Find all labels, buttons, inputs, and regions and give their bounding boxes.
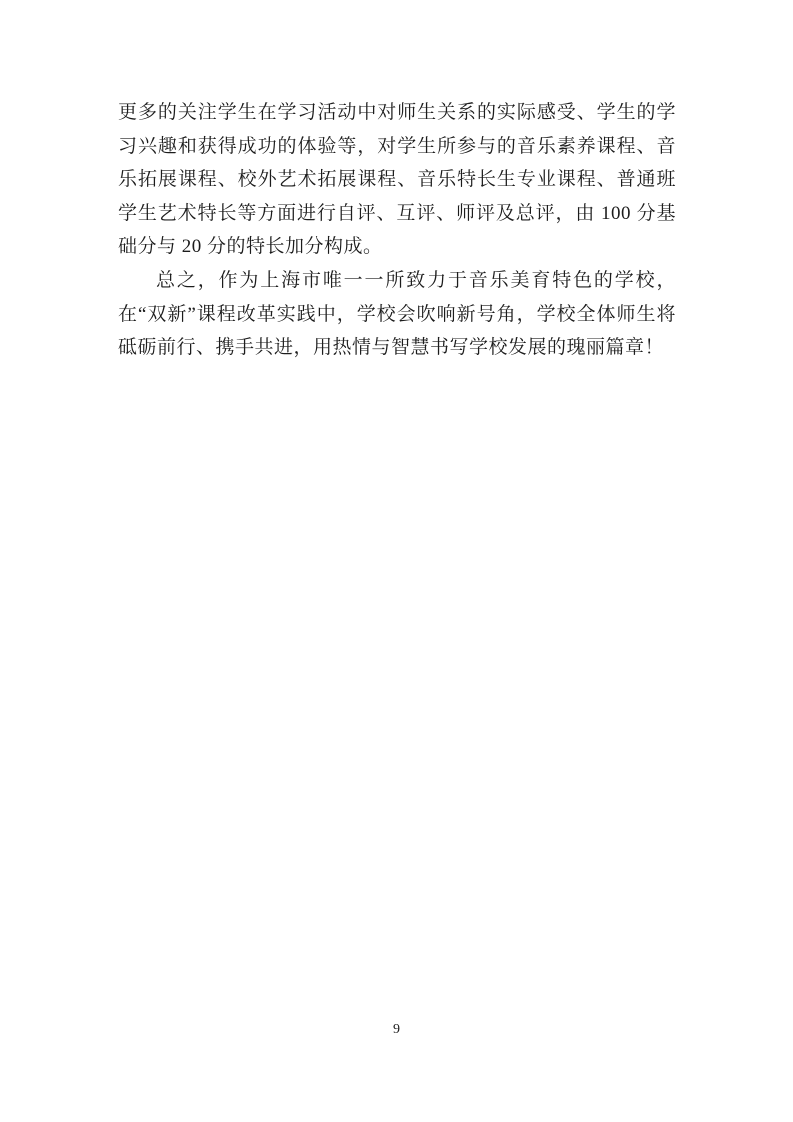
paragraph-evaluation-composition: 更多的关注学生在学习活动中对师生关系的实际感受、学生的学习兴趣和获得成功的体验等…	[118, 96, 676, 264]
page-number: 9	[393, 1022, 400, 1037]
paragraph-conclusion: 总之，作为上海市唯一一所致力于音乐美育特色的学校，在“双新”课程改革实践中，学校…	[118, 264, 676, 365]
document-page: 更多的关注学生在学习活动中对师生关系的实际感受、学生的学习兴趣和获得成功的体验等…	[0, 0, 793, 1122]
page-footer: 9	[0, 1020, 793, 1038]
document-body: 更多的关注学生在学习活动中对师生关系的实际感受、学生的学习兴趣和获得成功的体验等…	[118, 96, 676, 365]
